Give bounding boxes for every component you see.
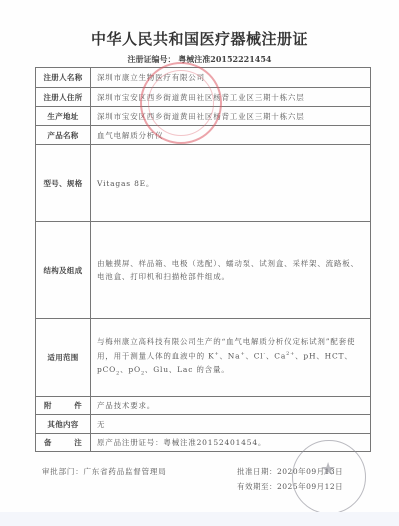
structure-composition: 由触摸屏、样品箱、电极（选配）、蠕动泵、试剂盒、采样架、流路板、电池盒、打印机和… (91, 222, 371, 319)
scope-text: 、pO (120, 365, 141, 374)
table-row: 产品名称 血气电解质分析仪 (36, 126, 371, 145)
certificate-page: 中华人民共和国医疗器械注册证 注册证编号： 粤械注准20152221454 注册… (0, 0, 399, 512)
expiry-date: 有效期至：2025年09月12日 (237, 481, 343, 492)
scope-of-application: 与梅州康立高科技有限公司生产的“血气电解质分析仪定标试剂”配套使用，用于测量人体… (91, 319, 371, 397)
table-row: 附件 产品技术要求。 (36, 397, 371, 415)
row-label: 注册人名称 (36, 68, 91, 88)
row-label: 生产地址 (36, 107, 91, 126)
production-address: 深圳市宝安区西乡街道黄田社区杨背工业区三期十栋六层 (91, 107, 371, 126)
model-spec: Vitagas 8E。 (91, 145, 371, 222)
row-label: 结构及组成 (36, 222, 91, 319)
row-label: 产品名称 (36, 126, 91, 145)
document-title: 中华人民共和国医疗器械注册证 (0, 28, 399, 49)
table-row: 备注 原产品注册证号：粤械注准20152401454。 (36, 434, 371, 452)
row-label: 型号、规格 (36, 145, 91, 222)
row-label: 其他内容 (36, 415, 91, 434)
approval-date: 批准日期：2020年09月13日 (237, 466, 343, 477)
attachments: 产品技术要求。 (91, 397, 371, 415)
scope-text: 、Cl (245, 352, 263, 361)
registration-number: 注册证编号： 粤械注准20152221454 (0, 54, 399, 65)
product-name: 血气电解质分析仪 (91, 126, 371, 145)
approval-department: 审批部门：广东省药品监督管理局 (42, 466, 167, 477)
row-label: 适用范围 (36, 319, 91, 397)
other-content: 无 (91, 415, 371, 434)
table-row: 结构及组成 由触摸屏、样品箱、电极（选配）、蠕动泵、试剂盒、采样架、流路板、电池… (36, 222, 371, 319)
scope-text: 、Ca (266, 352, 286, 361)
table-row: 适用范围 与梅州康立高科技有限公司生产的“血气电解质分析仪定标试剂”配套使用，用… (36, 319, 371, 397)
table-row: 注册人名称 深圳市康立生物医疗有限公司 (36, 68, 371, 88)
row-label: 附件 (36, 397, 91, 415)
row-label: 注册人住所 (36, 88, 91, 107)
registrant-name: 深圳市康立生物医疗有限公司 (91, 68, 371, 88)
registrant-address: 深圳市宝安区西乡街道黄田社区杨背工业区三期十栋六层 (91, 88, 371, 107)
bottom-background-band (0, 512, 399, 526)
table-row: 注册人住所 深圳市宝安区西乡街道黄田社区杨背工业区三期十栋六层 (36, 88, 371, 107)
table-row: 生产地址 深圳市宝安区西乡街道黄田社区杨背工业区三期十栋六层 (36, 107, 371, 126)
scope-text: 、Na (220, 352, 241, 361)
table-row: 其他内容 无 (36, 415, 371, 434)
remarks: 原产品注册证号：粤械注准20152401454。 (91, 434, 371, 452)
row-label: 备注 (36, 434, 91, 452)
certificate-table: 注册人名称 深圳市康立生物医疗有限公司 注册人住所 深圳市宝安区西乡街道黄田社区… (35, 67, 371, 452)
scope-text: 、Glu、Lac 的含量。 (145, 365, 230, 374)
superscript: 2+ (286, 351, 295, 357)
table-row: 型号、规格 Vitagas 8E。 (36, 145, 371, 222)
